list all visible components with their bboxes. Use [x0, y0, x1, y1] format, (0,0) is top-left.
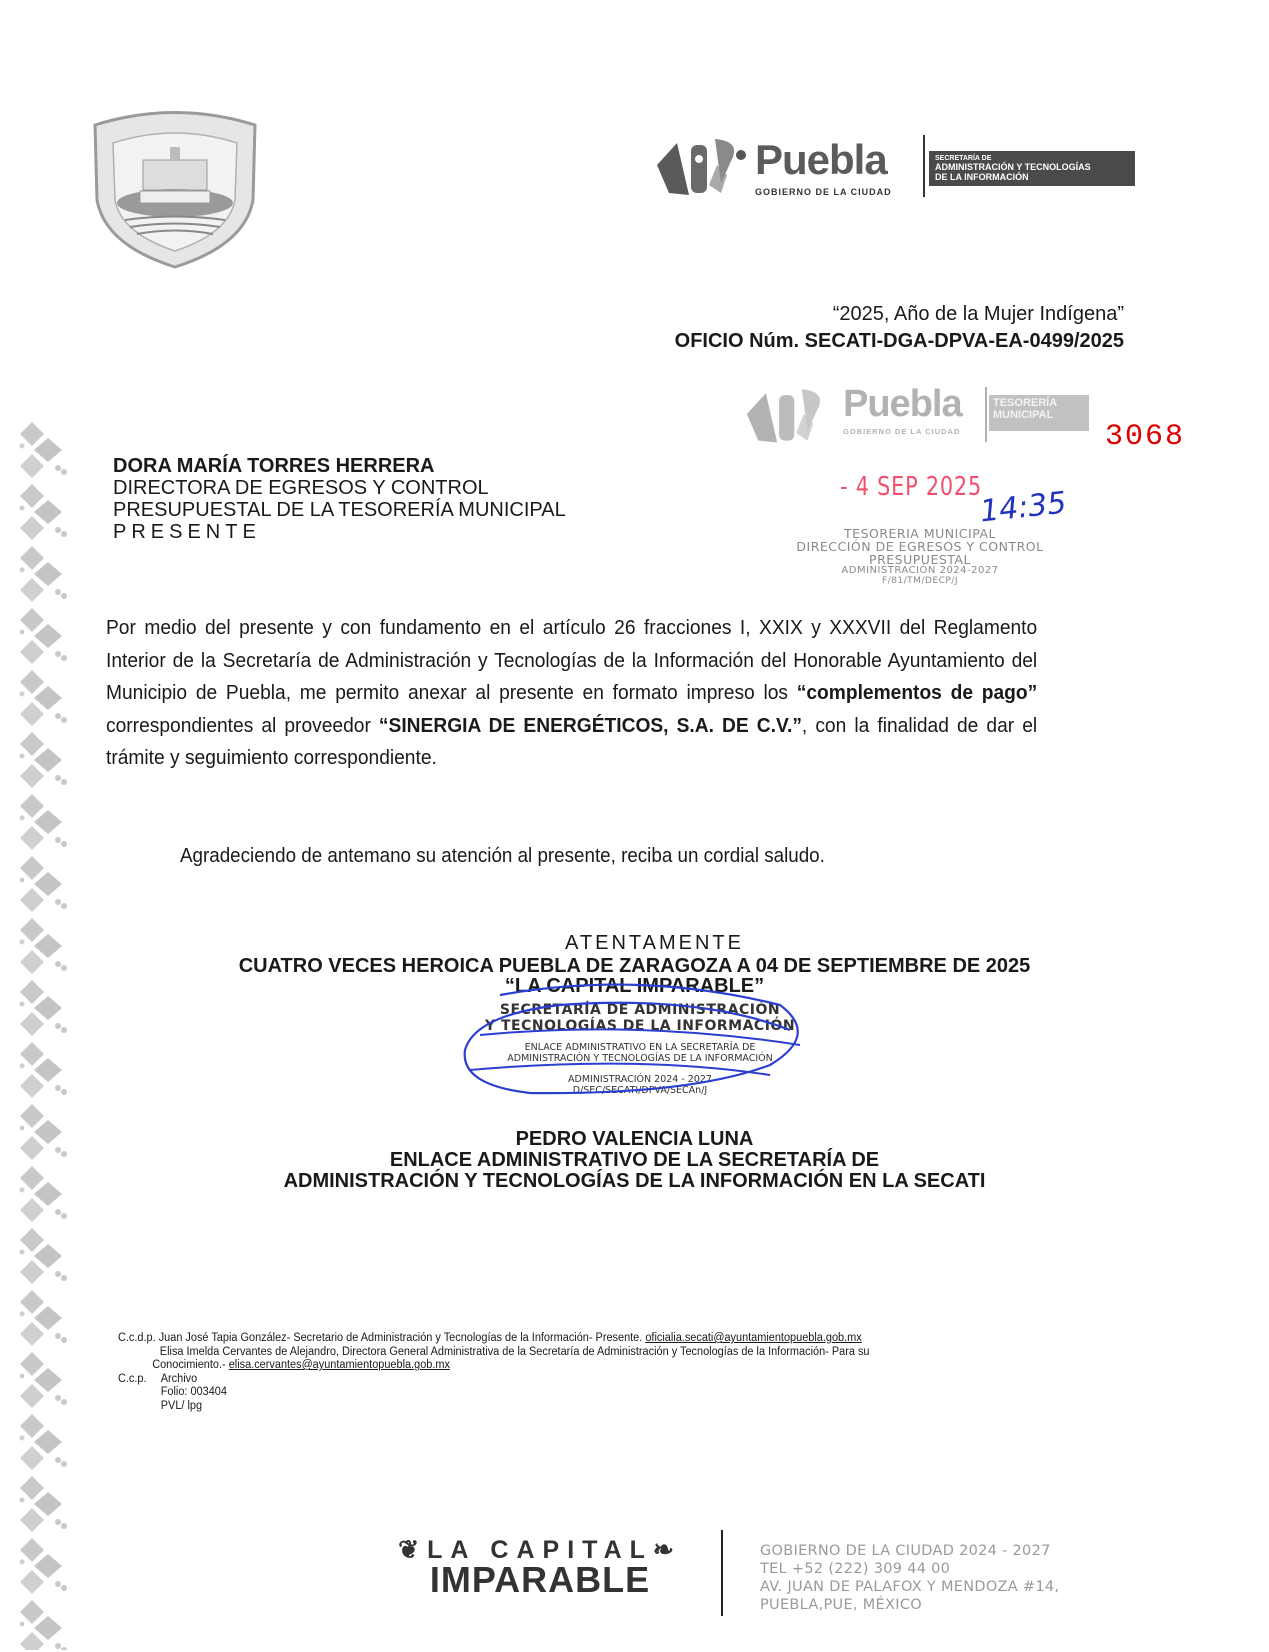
la-capital-imparable-logo: ❦LA CAPITAL❧ IMPARABLE — [390, 1535, 690, 1615]
signer-name: PEDRO VALENCIA LUNA — [0, 1128, 1269, 1151]
tesoreria-stamp-text: TESORERIA MUNICIPAL DIRECCIÓN DE EGRESOS… — [770, 527, 1070, 586]
recipient-name: DORA MARÍA TORRES HERRERA — [113, 455, 566, 477]
bold-provider-name: “SINERGIA DE ENERGÉTICOS, S.A. DE C.V.” — [379, 715, 802, 737]
signer-role-2: ADMINISTRACIÓN Y TECNOLOGÍAS DE LA INFOR… — [0, 1170, 1269, 1193]
recipient-title-2: PRESUPUESTAL DE LA TESORERÍA MUNICIPAL — [113, 499, 566, 521]
stamp-divider — [985, 387, 987, 442]
footer-contact-info: GOBIERNO DE LA CIUDAD 2024 - 2027 TEL +5… — [760, 1542, 1059, 1614]
logo-divider — [923, 135, 925, 197]
recipient-title-1: DIRECTORA DE EGRESOS Y CONTROL — [113, 477, 566, 499]
wing-right-icon: ❧ — [653, 1536, 682, 1564]
logo-wordmark: Puebla — [755, 139, 892, 181]
signer-role-1: ENLACE ADMINISTRATIVO DE LA SECRETARÍA D… — [0, 1149, 1269, 1172]
bold-complementos: “complementos de pago” — [797, 682, 1037, 704]
puebla-secati-logo: Puebla GOBIERNO DE LA CIUDAD SECRETARÍA … — [655, 135, 1185, 205]
recipient-salutation: PRESENTE — [113, 521, 566, 543]
handwritten-time: 14:35 — [978, 486, 1068, 530]
coat-of-arms-logo — [85, 105, 265, 270]
tesoreria-box: TESORERÍA MUNICIPAL — [989, 395, 1089, 431]
logo-subtitle: GOBIERNO DE LA CIUDAD — [755, 187, 892, 197]
footer-divider — [721, 1530, 723, 1616]
received-date-stamp: - 4 SEP 2025 — [840, 472, 982, 502]
puebla-emblem-icon — [655, 135, 750, 197]
year-motto: “2025, Año de la Mujer Indígena” — [833, 303, 1124, 326]
recipient-block: DORA MARÍA TORRES HERRERA DIRECTORA DE E… — [113, 455, 566, 543]
tesoreria-stamp-logo: Puebla GOBIERNO DE LA CIUDAD TESORERÍA M… — [745, 385, 1095, 450]
email-link-oficialia[interactable]: oficialia.secati@ayuntamientopuebla.gob.… — [645, 1332, 861, 1344]
email-link-elisa[interactable]: elisa.cervantes@ayuntamientopuebla.gob.m… — [229, 1359, 450, 1371]
wing-left-icon: ❦ — [398, 1536, 427, 1564]
secretaria-label-box: SECRETARÍA DE ADMINISTRACIÓN Y TECNOLOGÍ… — [929, 151, 1135, 186]
body-paragraph: Por medio del presente y con fundamento … — [106, 612, 1037, 775]
oficio-number: OFICIO Núm. SECATI-DGA-DPVA-EA-0499/2025 — [675, 330, 1124, 353]
puebla-emblem-icon — [745, 385, 835, 445]
copies-block: C.c.d.p. Juan José Tapia González- Secre… — [118, 1332, 869, 1413]
decorative-border — [18, 420, 70, 1650]
closing-sentence: Agradeciendo de antemano su atención al … — [180, 845, 825, 868]
atentamente: ATENTAMENTE — [0, 932, 1269, 955]
handwritten-signature — [440, 975, 840, 1110]
folio-stamp-number: 3068 — [1105, 420, 1185, 454]
